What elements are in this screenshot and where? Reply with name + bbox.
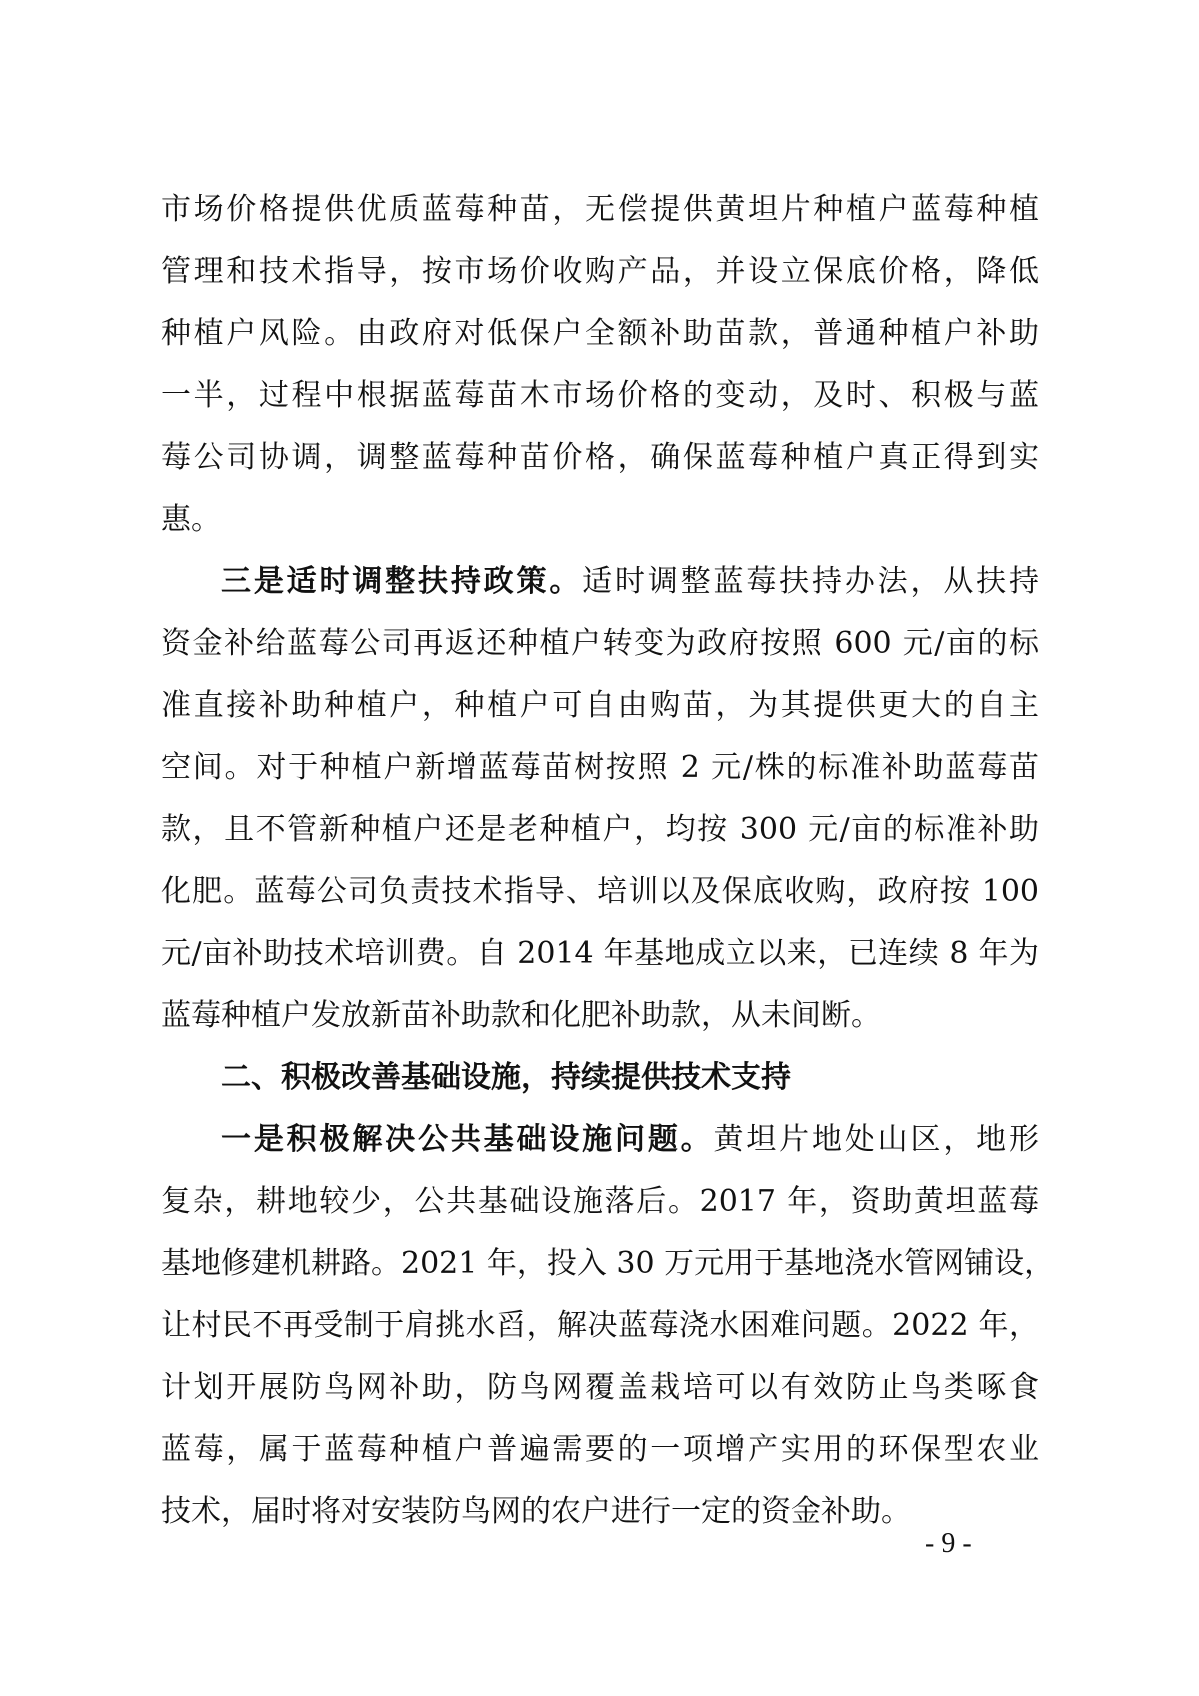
paragraph-3-line-3: 基地修建机耕路。2021 年，投入 30 万元用于基地浇水管网铺设， [161, 1242, 1039, 1286]
paragraph-3-line-6: 蓝莓，属于蓝莓种植户普遍需要的一项增产实用的环保型农业 [161, 1428, 1039, 1472]
page-number: - 9 - [925, 1526, 972, 1562]
paragraph-1-line-3: 种植户风险。由政府对低保户全额补助苗款，普通种植户补助 [161, 312, 1039, 356]
paragraph-3-line-5: 计划开展防鸟网补助，防鸟网覆盖栽培可以有效防止鸟类啄食 [161, 1366, 1039, 1410]
paragraph-2-line-4: 空间。对于种植户新增蓝莓苗树按照 2 元/株的标准补助蓝莓苗 [161, 746, 1039, 790]
paragraph-2-bold-lead: 三是适时调整扶持政策。 [221, 564, 582, 599]
paragraph-3-bold-lead: 一是积极解决公共基础设施问题。 [221, 1122, 714, 1157]
paragraph-3-line-4: 让村民不再受制于肩挑水舀，解决蓝莓浇水困难问题。2022 年， [161, 1304, 1039, 1348]
paragraph-3-line-1: 一是积极解决公共基础设施问题。黄坦片地处山区，地形 [161, 1118, 1039, 1162]
paragraph-2-line-6: 化肥。蓝莓公司负责技术指导、培训以及保底收购，政府按 100 [161, 870, 1039, 914]
document-page: 市场价格提供优质蓝莓种苗，无偿提供黄坦片种植户蓝莓种植 管理和技术指导，按市场价… [0, 0, 1199, 1696]
paragraph-3-line-2: 复杂，耕地较少，公共基础设施落后。2017 年，资助黄坦蓝莓 [161, 1180, 1039, 1224]
paragraph-2-line-5: 款，且不管新种植户还是老种植户，均按 300 元/亩的标准补助 [161, 808, 1039, 852]
paragraph-2-line-3: 准直接补助种植户，种植户可自由购苗，为其提供更大的自主 [161, 684, 1039, 728]
paragraph-2-first-line-rest: 适时调整蓝莓扶持办法，从扶持 [582, 564, 1039, 599]
paragraph-2-line-7: 元/亩补助技术培训费。自 2014 年基地成立以来，已连续 8 年为 [161, 932, 1039, 976]
paragraph-3-line-7: 技术，届时将对安装防鸟网的农户进行一定的资金补助。 [161, 1490, 1039, 1534]
paragraph-2-line-1: 三是适时调整扶持政策。适时调整蓝莓扶持办法，从扶持 [161, 560, 1039, 604]
paragraph-3-first-line-rest: 黄坦片地处山区，地形 [714, 1122, 1040, 1157]
paragraph-2-line-2: 资金补给蓝莓公司再返还种植户转变为政府按照 600 元/亩的标 [161, 622, 1039, 666]
paragraph-1-line-5: 莓公司协调，调整蓝莓种苗价格，确保蓝莓种植户真正得到实 [161, 436, 1039, 480]
section-heading: 二、积极改善基础设施，持续提供技术支持 [161, 1056, 1039, 1100]
paragraph-1-line-6: 惠。 [161, 498, 1039, 542]
paragraph-1-line-1: 市场价格提供优质蓝莓种苗，无偿提供黄坦片种植户蓝莓种植 [161, 188, 1039, 232]
paragraph-2-line-8: 蓝莓种植户发放新苗补助款和化肥补助款，从未间断。 [161, 994, 1039, 1038]
paragraph-1-line-2: 管理和技术指导，按市场价收购产品，并设立保底价格，降低 [161, 250, 1039, 294]
paragraph-1-line-4: 一半，过程中根据蓝莓苗木市场价格的变动，及时、积极与蓝 [161, 374, 1039, 418]
